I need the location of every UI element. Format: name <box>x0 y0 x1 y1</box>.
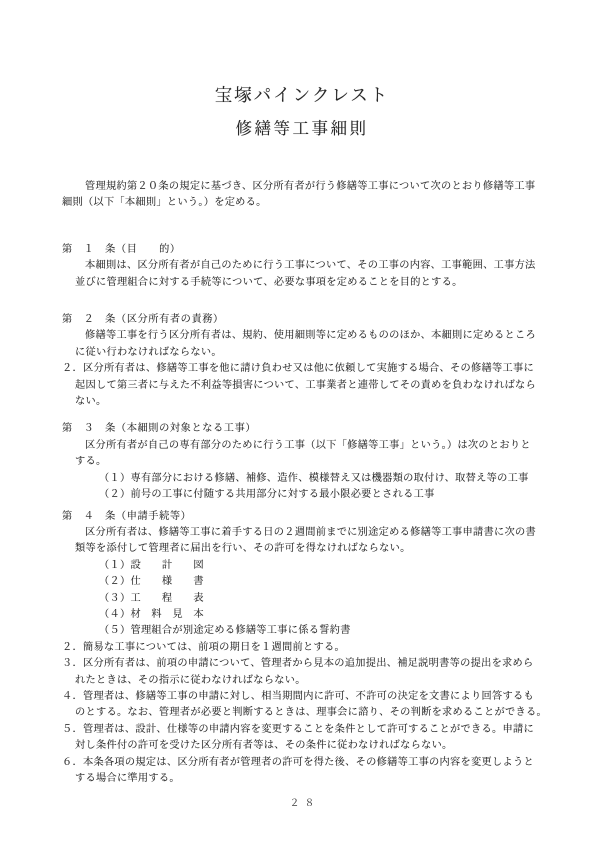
document-page: 宝塚パインクレスト 修繕等工事細則 管理規約第２０条の規定に基づき、区分所有者が… <box>0 0 595 842</box>
text-line: のとする。なお、管理者が必要と判断するときは、理事会に諮り、その判断を求めること… <box>62 705 542 721</box>
text-line: （１）設 計 図 <box>62 558 542 574</box>
text-line: ３．区分所有者は、前項の申請について、管理者から見本の追加提出、補足説明書等の提… <box>62 656 542 672</box>
document-title-building: 宝塚パインクレスト <box>62 84 542 106</box>
intro-paragraph: 管理規約第２０条の規定に基づき、区分所有者が行う修繕等工事について次のとおり修繕… <box>62 179 542 212</box>
text-line: 起因して第三者に与えた不利益等損害について、工事業者と連帯してその責めを負わなけ… <box>62 378 542 394</box>
text-line: ４．管理者は、修繕等工事の申請に対し、相当期間内に許可、不許可の決定を文書により… <box>62 689 542 705</box>
text-line: 区分所有者は、修繕等工事に着手する日の２週間前までに別途定める修繕等工事申請書に… <box>62 525 542 541</box>
page-number: ２８ <box>62 794 542 809</box>
article: 第 ３ 条（本細則の対象となる工事）区分所有者が自己の専有部分のために行う工事（… <box>62 421 542 503</box>
text-line: 本細則は、区分所有者が自己のために行う工事について、その工事の内容、工事範囲、工… <box>62 258 542 274</box>
article-heading: 第 ３ 条（本細則の対象となる工事） <box>62 421 542 437</box>
text-line: れたときは、その指示に従わなければならない。 <box>62 673 542 689</box>
article-heading: 第 ４ 条（申請手続等） <box>62 509 542 525</box>
text-line: に従い行わなければならない。 <box>62 345 542 361</box>
text-line: する場合に準用する。 <box>62 771 542 787</box>
text-line: ない。 <box>62 394 542 410</box>
article-heading: 第 ２ 条（区分所有者の責務） <box>62 312 542 328</box>
article: 第 ２ 条（区分所有者の責務）修繕等工事を行う区分所有者は、規約、使用細則等に定… <box>62 312 542 410</box>
text-line: （４）材 料 見 本 <box>62 607 542 623</box>
text-line: （２）仕 様 書 <box>62 574 542 590</box>
text-line: 区分所有者が自己の専有部分のために行う工事（以下「修繕等工事」という。）は次のと… <box>62 438 542 454</box>
text-line: ５．管理者は、設計、仕様等の申請内容を変更することを条件として許可することができ… <box>62 722 542 738</box>
intro-line: 細則（以下「本細則」という。）を定める。 <box>62 195 542 211</box>
text-line: （５）管理組合が別途定める修繕等工事に係る誓約書 <box>62 623 542 639</box>
text-line: ２．区分所有者は、修繕等工事を他に請け負わせ又は他に依頼して実施する場合、その修… <box>62 361 542 377</box>
intro-line: 管理規約第２０条の規定に基づき、区分所有者が行う修繕等工事について次のとおり修繕… <box>62 179 542 195</box>
text-line: 対し条件付の許可を受けた区分所有者等は、その条件に従わなければならない。 <box>62 738 542 754</box>
text-line: 修繕等工事を行う区分所有者は、規約、使用細則等に定めるもののほか、本細則に定める… <box>62 328 542 344</box>
text-line: ２．簡易な工事については、前項の期日を１週間前とする。 <box>62 640 542 656</box>
article: 第 １ 条（目 的）本細則は、区分所有者が自己のために行う工事について、その工事… <box>62 242 542 291</box>
text-line: （２）前号の工事に付随する共用部分に対する最小限必要とされる工事 <box>62 487 542 503</box>
document-title-rules: 修繕等工事細則 <box>62 119 542 139</box>
text-line: （３）工 程 表 <box>62 591 542 607</box>
text-line: ６．本条各項の規定は、区分所有者が管理者の許可を得た後、その修繕等工事の内容を変… <box>62 755 542 771</box>
text-line: 並びに管理組合に対する手続等について、必要な事項を定めることを目的とする。 <box>62 275 542 291</box>
text-line: 類等を添付して管理者に届出を行い、その許可を得なければならない。 <box>62 541 542 557</box>
article: 第 ４ 条（申請手続等）区分所有者は、修繕等工事に着手する日の２週間前までに別途… <box>62 509 542 788</box>
articles-container: 第 １ 条（目 的）本細則は、区分所有者が自己のために行う工事について、その工事… <box>62 242 542 788</box>
text-line: （１）専有部分における修繕、補修、造作、模様替え又は機器類の取付け、取替え等の工… <box>62 471 542 487</box>
article-heading: 第 １ 条（目 的） <box>62 242 542 258</box>
text-line: する。 <box>62 454 542 470</box>
